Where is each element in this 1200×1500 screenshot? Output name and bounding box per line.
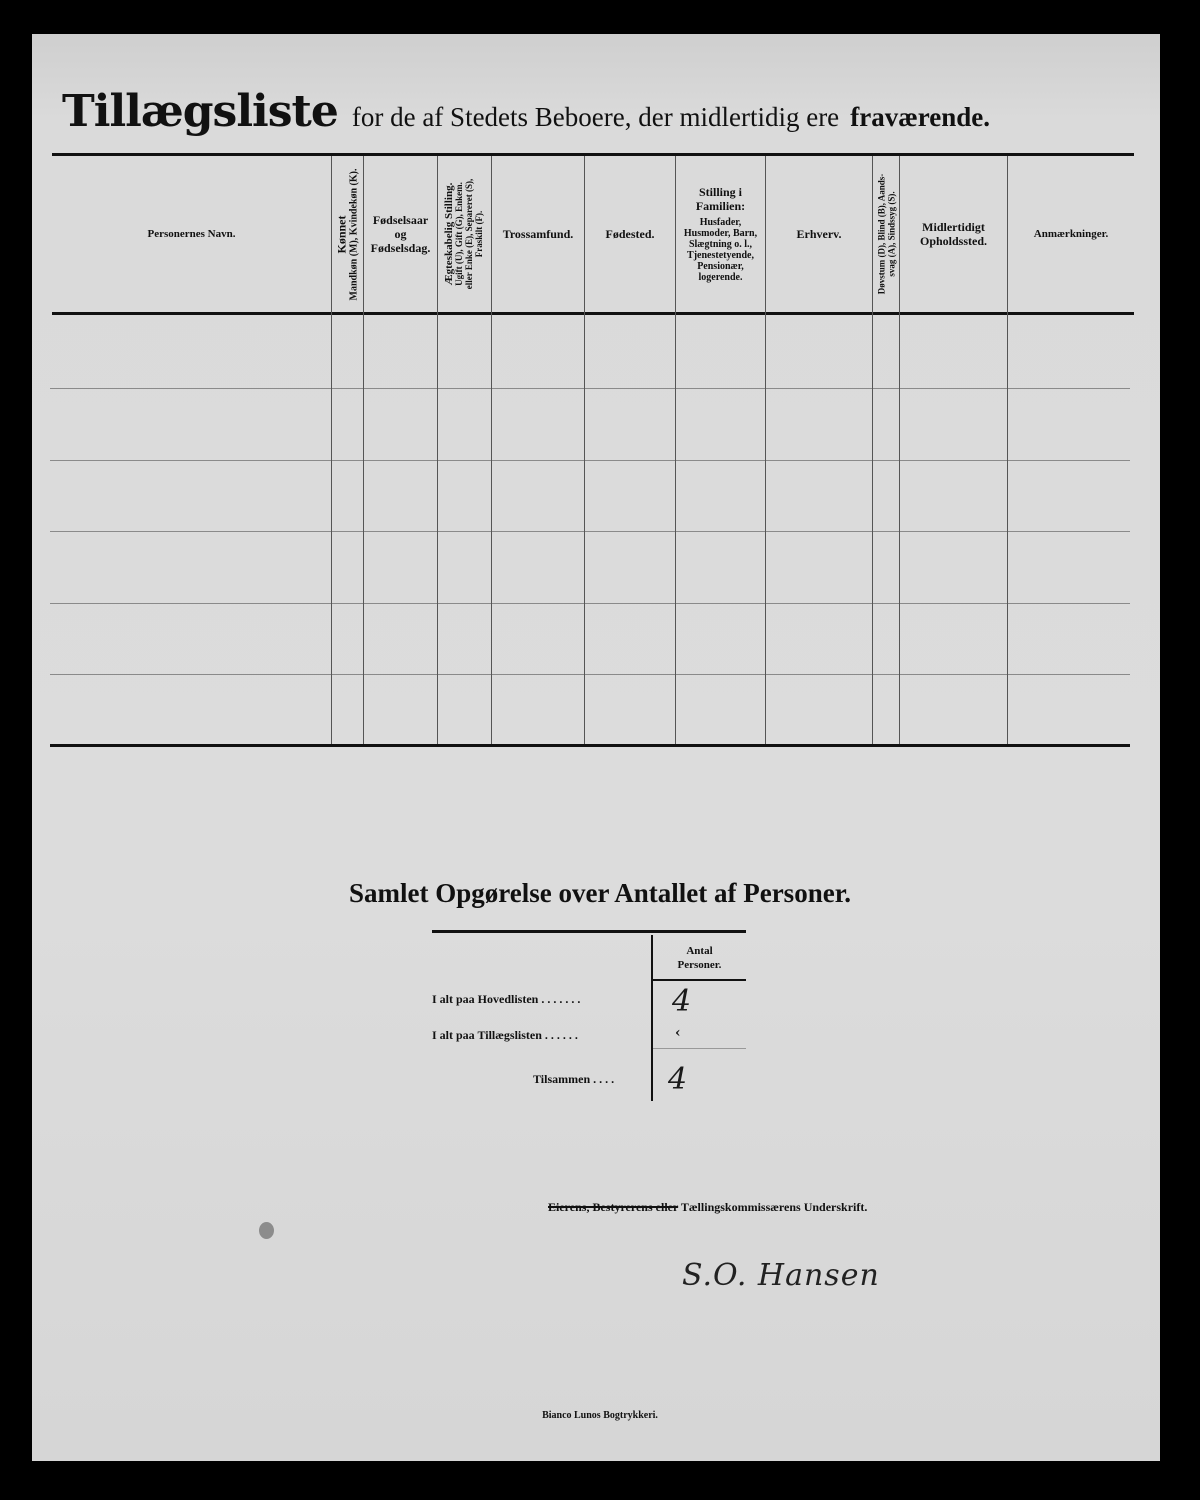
header-erhverv: Erhverv. xyxy=(766,156,872,312)
header-aegteskabelig-stilling: Ægteskabelig Stilling.Ugift (U), Gift (G… xyxy=(438,156,491,312)
summary-subtotal-rule xyxy=(653,1048,746,1049)
header-fodselsaar: Fødselsaar og Fødselsdag. xyxy=(364,156,437,312)
summary-column-header: Antal Personer. xyxy=(653,940,746,976)
summary-label-tilsammen: Tilsammen . . . . xyxy=(533,1072,614,1087)
row-divider xyxy=(50,531,1130,532)
header-fodested: Fødested. xyxy=(585,156,675,312)
form-title-main: Tillægsliste xyxy=(62,86,338,137)
header-midlertidigt-opholdssted: Midlertidigt Opholdssted. xyxy=(900,156,1007,312)
form-title: Tillægslistefor de af Stedets Beboere, d… xyxy=(62,86,990,137)
summary-label-tillaegslisten: I alt paa Tillægslisten . . . . . . xyxy=(432,1028,578,1043)
header-stilling-i-familien: Stilling i Familien: Husfader, Husmoder,… xyxy=(676,156,765,312)
summary-top-rule xyxy=(432,930,746,933)
row-divider xyxy=(50,674,1130,675)
header-dovstum-blind: Døvstum (D), Blind (B), Aands-svag (A), … xyxy=(873,156,899,312)
header-anmaerkninger: Anmærkninger. xyxy=(1008,156,1134,312)
row-divider xyxy=(50,603,1130,604)
form-title-subtitle: for de af Stedets Beboere, der midlertid… xyxy=(352,102,839,132)
summary-title: Samlet Opgørelse over Antallet af Person… xyxy=(0,878,1200,909)
table-bottom-rule xyxy=(50,744,1130,747)
header-kjonnet: KønnetMandkøn (M), Kvindekøn (K). xyxy=(332,156,363,312)
paper-stain xyxy=(259,1222,274,1239)
summary-header-rule xyxy=(653,979,746,981)
table-header-rule xyxy=(52,312,1134,315)
printer-imprint: Bianco Lunos Bogtrykkeri. xyxy=(0,1410,1200,1421)
header-trossamfund: Trossamfund. xyxy=(492,156,584,312)
signature-caption-struck: Eierens, Bestyrerens eller xyxy=(548,1200,678,1214)
signature-caption-text: Tællingskommissærens Underskrift. xyxy=(681,1200,867,1214)
header-personernes-navn: Personernes Navn. xyxy=(52,156,331,312)
summary-value-tillaegslisten: ‹ xyxy=(675,1025,681,1041)
form-title-emphasis: fraværende. xyxy=(850,102,990,132)
summary-label-hovedlisten: I alt paa Hovedlisten . . . . . . . xyxy=(432,992,580,1007)
summary-value-hovedlisten: 4 xyxy=(672,984,691,1019)
summary-value-tilsammen: 4 xyxy=(668,1062,687,1097)
signature-handwritten: S.O. Hansen xyxy=(682,1258,880,1293)
row-divider xyxy=(50,388,1130,389)
row-divider xyxy=(50,460,1130,461)
signature-caption: Eierens, Bestyrerens eller Tællingskommi… xyxy=(548,1200,867,1215)
